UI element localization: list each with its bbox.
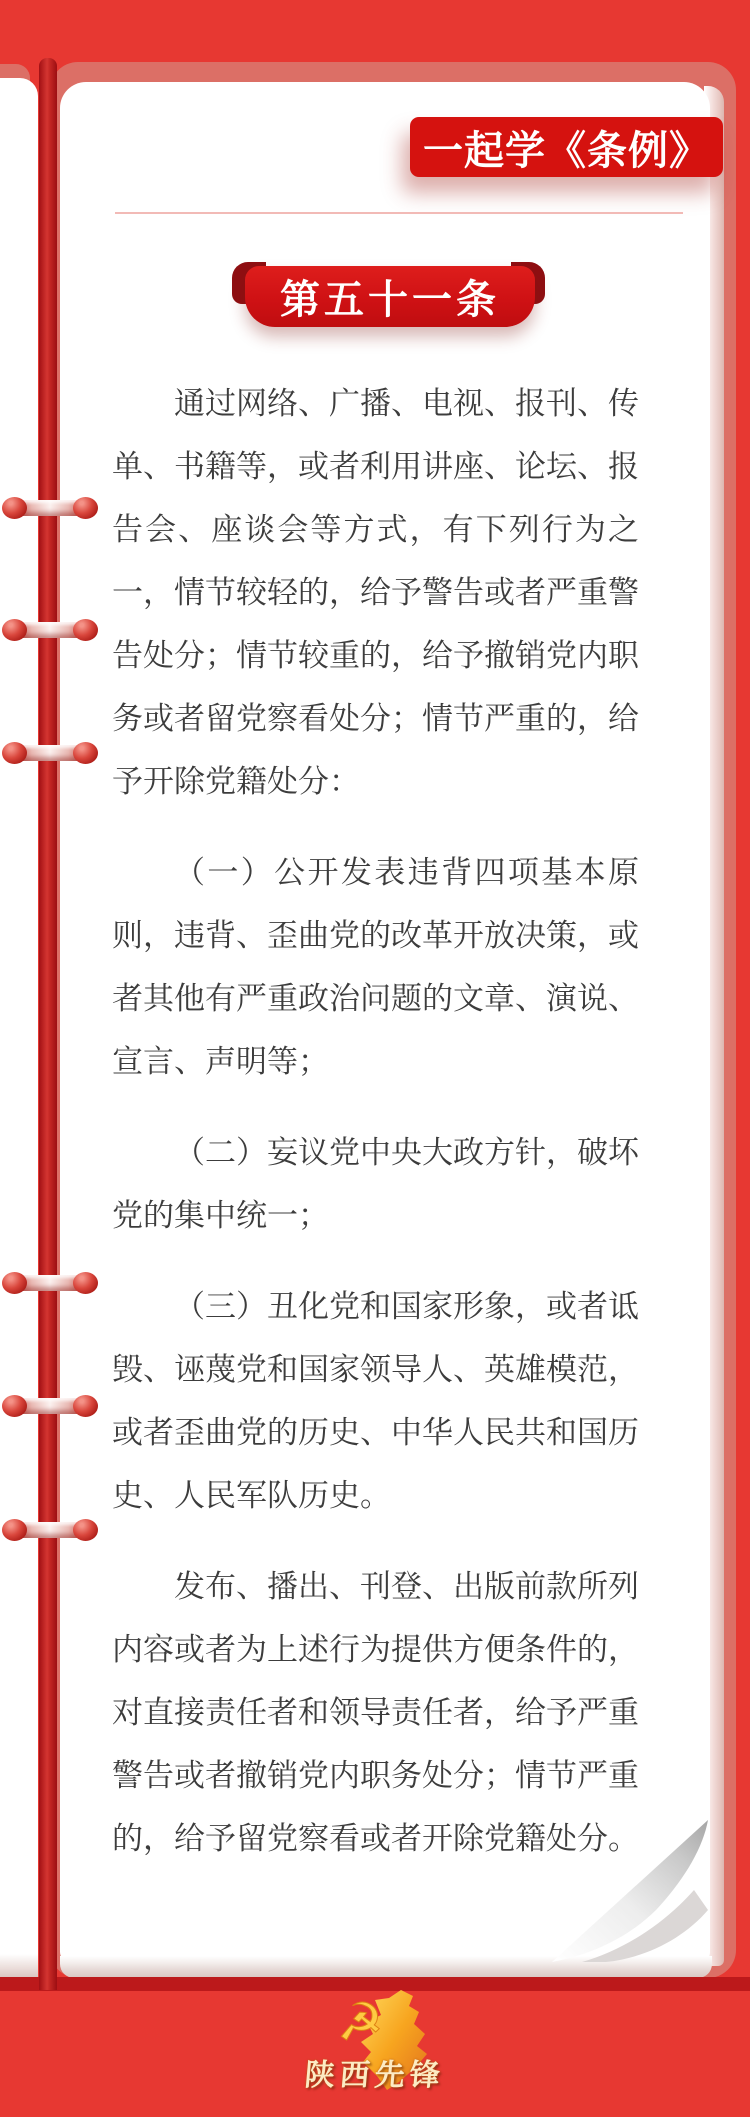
text-line: 或者歪曲党的历史、中华人民共和国历 [112,1401,639,1464]
binder-spine [39,58,57,1990]
header-divider [115,212,683,214]
binder-ring-end [73,1395,98,1417]
text-line: （三）丑化党和国家形象，或者诋 [112,1275,639,1338]
text-line: （二）妄议党中央大政方针，破坏 [112,1121,639,1184]
text-line: 务或者留党察看处分；情节严重的，给 [112,687,639,750]
footer-logo: ☭ 陕西先锋 [285,1988,465,2108]
paragraph: （三）丑化党和国家形象，或者诋毁、诬蔑党和国家领导人、英雄模范，或者歪曲党的历史… [112,1275,639,1527]
binder-ring [2,619,98,641]
poster-page: 一起学《条例》 第五十一条 通过网络、广播、电视、报刊、传单、书籍等，或者利用讲… [0,0,750,2117]
text-line: 予开除党籍处分： [112,750,639,813]
paragraph: 通过网络、广播、电视、报刊、传单、书籍等，或者利用讲座、论坛、报告会、座谈会等方… [112,372,639,813]
series-banner: 一起学《条例》 [410,117,723,177]
left-page-sliver [0,78,38,1958]
binder-ring-end [73,742,98,764]
paragraph: （二）妄议党中央大政方针，破坏党的集中统一； [112,1121,639,1247]
text-line: 告会、座谈会等方式，有下列行为之 [112,498,639,561]
text-line: 宣言、声明等； [112,1030,639,1093]
article-ribbon: 第五十一条 [232,262,545,328]
footer-logo-text: 陕西先锋 [283,2050,467,2094]
article-body: 通过网络、广播、电视、报刊、传单、书籍等，或者利用讲座、论坛、报告会、座谈会等方… [112,372,639,1870]
binder-ring-end [2,1519,27,1541]
binder-ring [2,1519,98,1541]
binder-ring-end [2,1395,27,1417]
binder-ring [2,1272,98,1294]
binder-ring-end [73,497,98,519]
hammer-sickle-icon: ☭ [337,1994,384,2052]
paragraph: （一）公开发表违背四项基本原则，违背、歪曲党的改革开放决策，或者其他有严重政治问… [112,841,639,1093]
left-page-bottom-edge [0,1954,38,1978]
binder-ring [2,1395,98,1417]
article-number-label: 第五十一条 [280,268,500,325]
text-line: 史、人民军队历史。 [112,1464,639,1527]
binder-ring-end [2,497,27,519]
ribbon-body: 第五十一条 [245,266,535,327]
text-line: 毁、诬蔑党和国家领导人、英雄模范， [112,1338,639,1401]
page-curl-graphic [552,1820,708,1962]
binder-ring-end [73,1519,98,1541]
binder-ring-end [73,619,98,641]
text-line: 警告或者撤销党内职务处分；情节严重 [112,1744,639,1807]
text-line: 一，情节较轻的，给予警告或者严重警 [112,561,639,624]
text-line: 告处分；情节较重的，给予撤销党内职 [112,624,639,687]
text-line: （一）公开发表违背四项基本原 [112,841,639,904]
text-line: 通过网络、广播、电视、报刊、传 [112,372,639,435]
binder-ring [2,742,98,764]
binder-ring-end [73,1272,98,1294]
binder-ring-end [2,742,27,764]
binder-ring-end [2,619,27,641]
binder-ring [2,497,98,519]
page-curl [552,1820,708,1962]
text-line: 党的集中统一； [112,1184,639,1247]
text-line: 单、书籍等，或者利用讲座、论坛、报 [112,435,639,498]
text-line: 者其他有严重政治问题的文章、演说、 [112,967,639,1030]
binder-ring-end [2,1272,27,1294]
text-line: 内容或者为上述行为提供方便条件的， [112,1618,639,1681]
text-line: 则，违背、歪曲党的改革开放决策，或 [112,904,639,967]
text-line: 对直接责任者和领导责任者，给予严重 [112,1681,639,1744]
series-banner-label: 一起学《条例》 [423,119,710,176]
text-line: 发布、播出、刊登、出版前款所列 [112,1555,639,1618]
